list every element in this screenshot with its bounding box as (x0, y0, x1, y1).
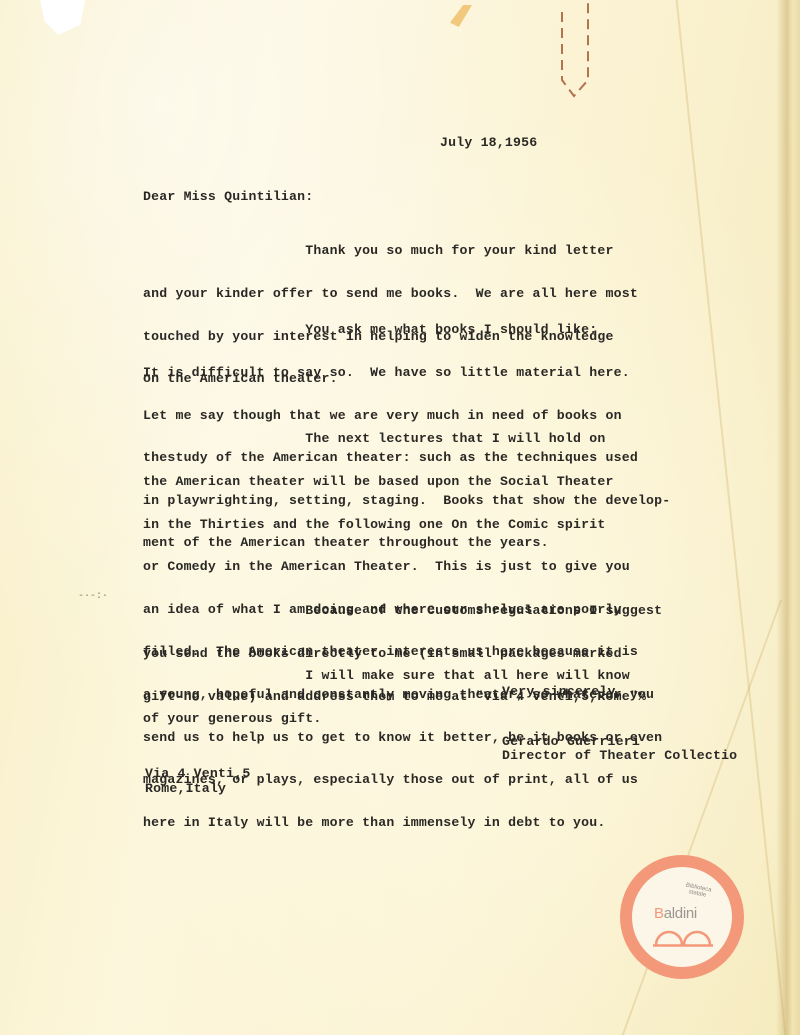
salutation: Dear Miss Quintilian: (143, 190, 313, 204)
stamp-name-rest: aldini (664, 905, 697, 922)
folded-edge (776, 0, 800, 1035)
text-line: It is difficult to say so. We have so li… (143, 366, 670, 380)
stamp-name: Baldini (654, 905, 697, 922)
text-line: in the Thirties and the following one On… (143, 518, 662, 532)
letter-paper: July 18,1956 Dear Miss Quintilian: Thank… (0, 0, 800, 1035)
text-line: The next lectures that I will hold on (143, 432, 662, 446)
sender-address-line: Via 4 Venti,5 (145, 767, 250, 781)
stain-mark (450, 5, 472, 27)
margin-mark: -·-:· (78, 591, 108, 602)
stamp-library-label: Biblioteca statale (677, 881, 719, 901)
text-line: I will make sure that all here will know (143, 669, 630, 683)
text-line: You ask me what books I should like: (143, 323, 670, 337)
text-line: Because of the Customs regulations I sug… (143, 604, 662, 618)
letter-date: July 18,1956 (440, 136, 537, 150)
text-line: the American theater will be based upon … (143, 475, 662, 489)
text-line: Thank you so much for your kind letter (143, 244, 638, 258)
signature-title: Director of Theater Collectio (502, 749, 737, 763)
stamp-name-initial: B (654, 905, 664, 922)
torn-corner (40, 0, 85, 35)
text-line: here in Italy will be more than immensel… (143, 816, 662, 830)
text-line: or Comedy in the American Theater. This … (143, 560, 662, 574)
library-stamp: Biblioteca statale Baldini (620, 855, 744, 979)
paperclip-rust-icon (560, 2, 592, 100)
closing: Very sincerely, (502, 685, 624, 699)
text-line: of your generous gift. (143, 712, 630, 726)
sender-address-line: Rome,Italy (145, 782, 226, 796)
open-books-icon (652, 925, 714, 947)
